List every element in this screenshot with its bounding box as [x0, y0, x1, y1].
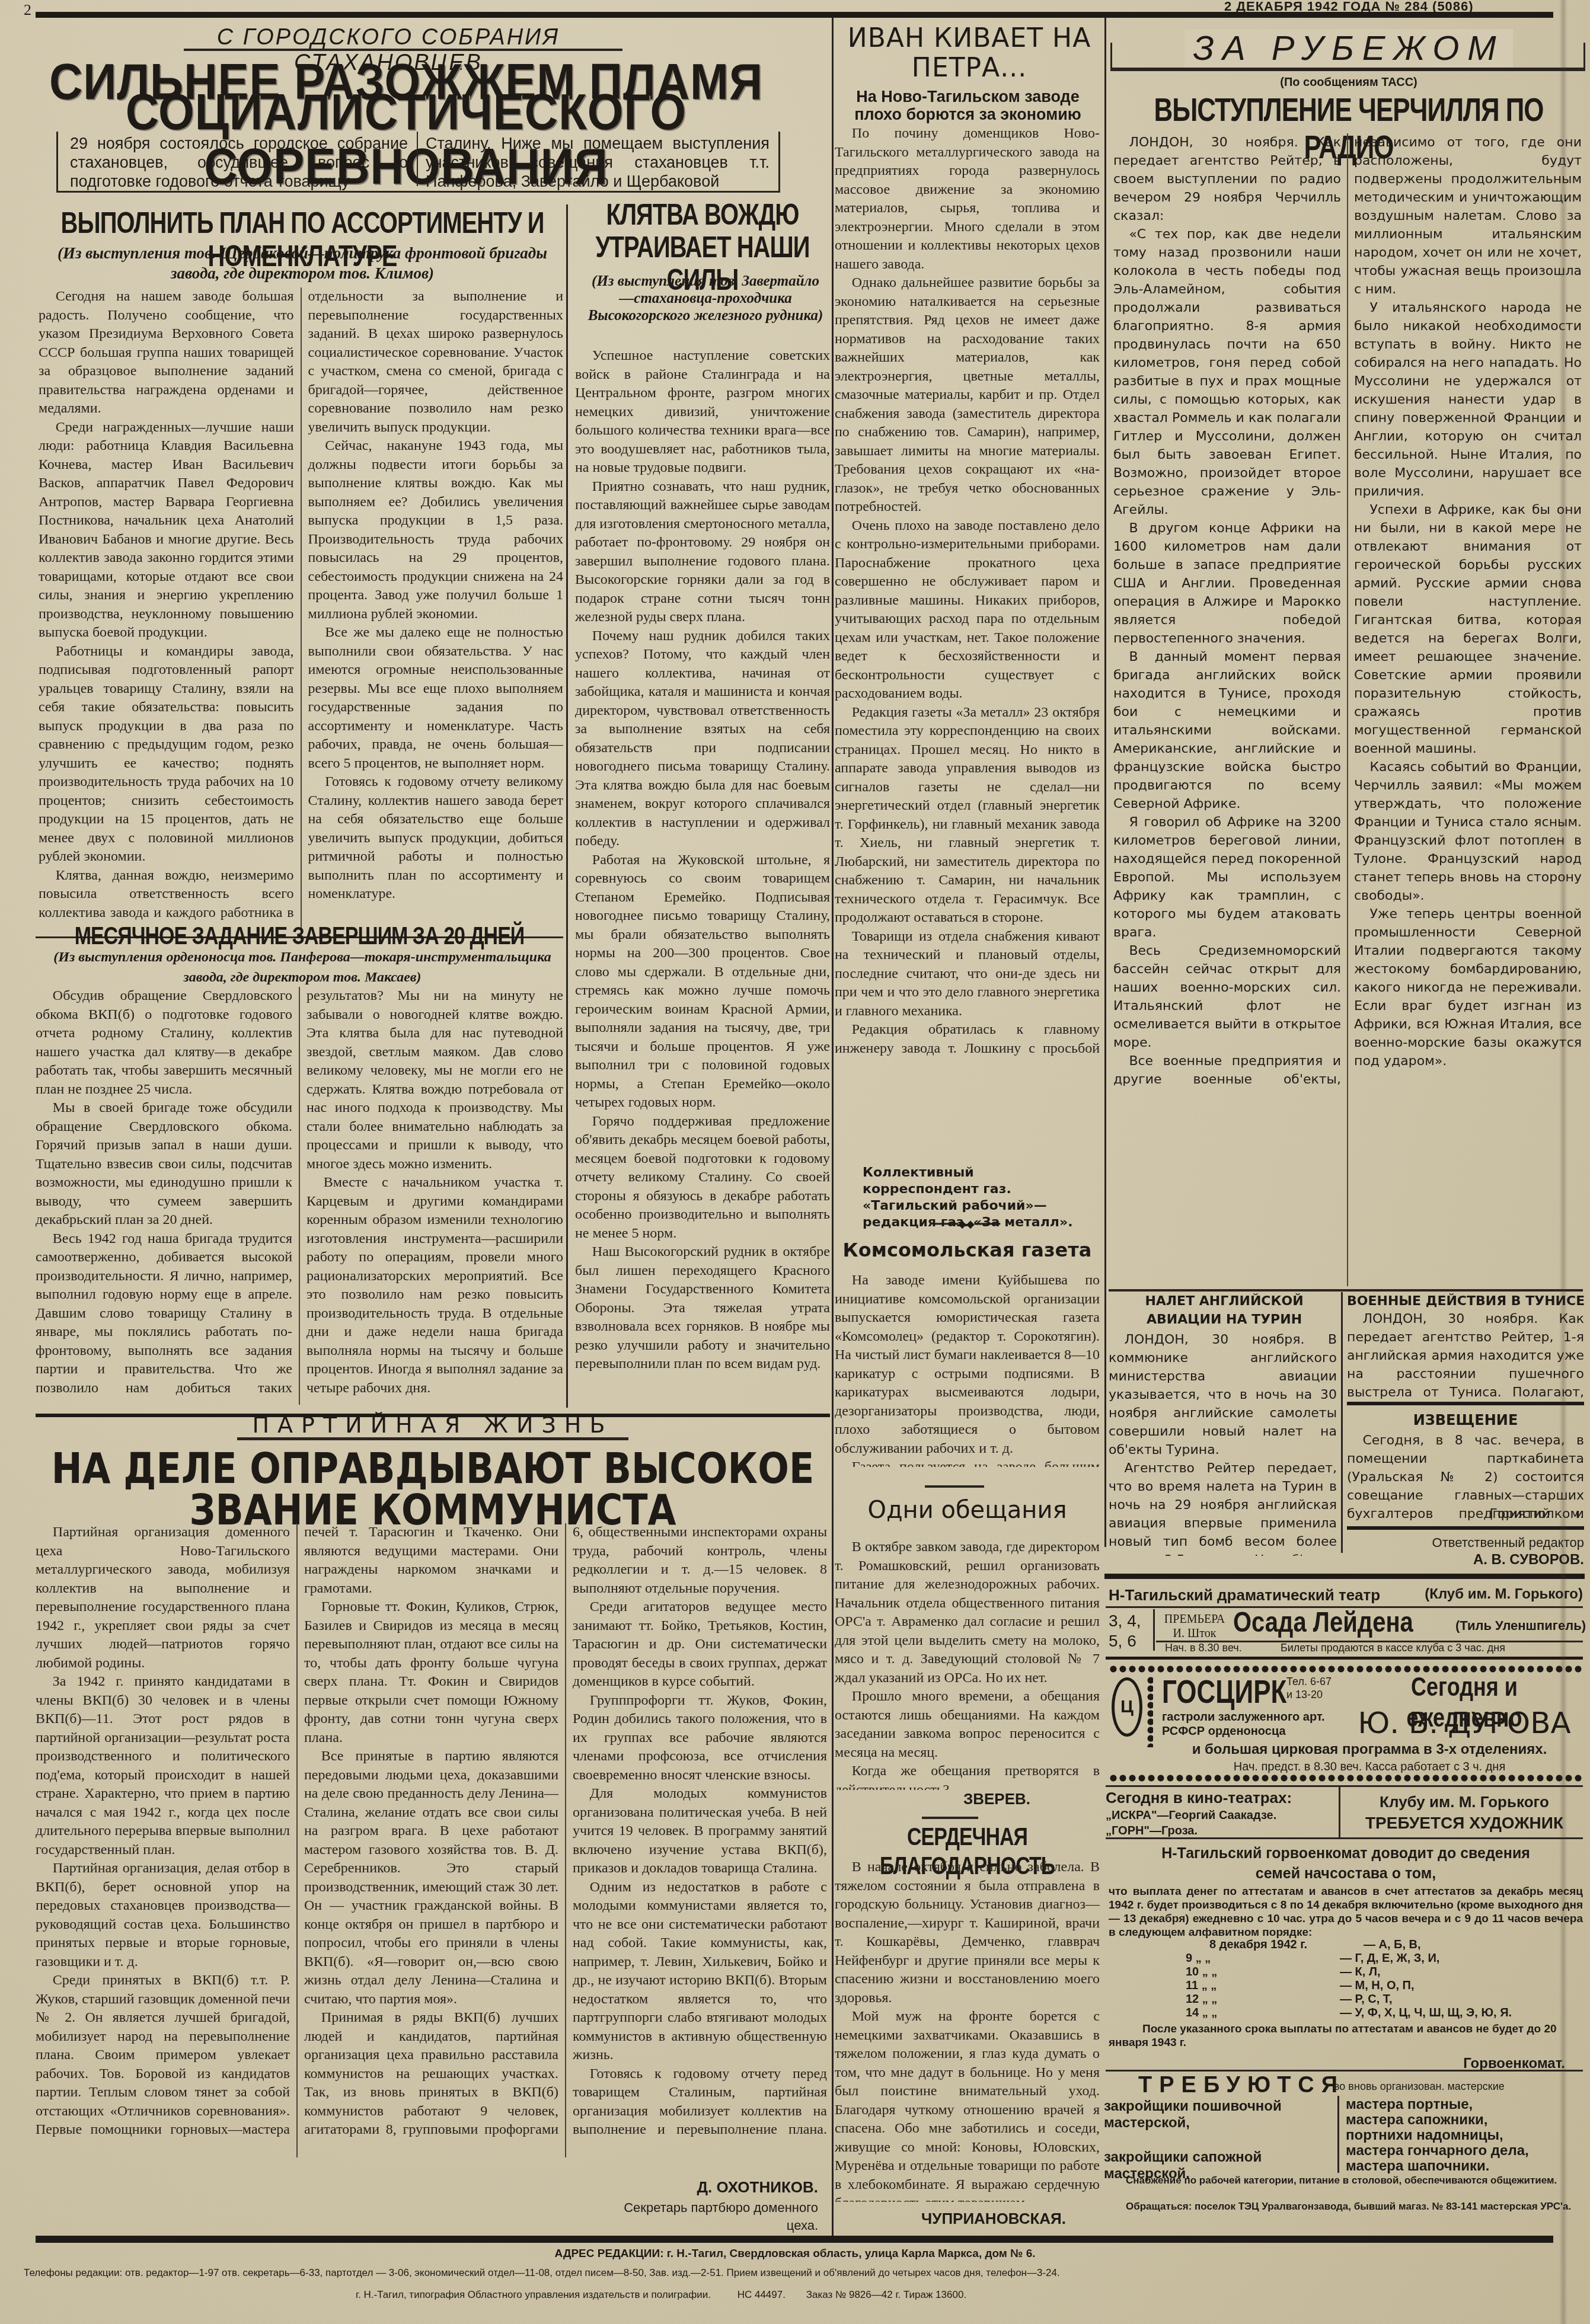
kicker-underline [237, 1437, 628, 1440]
censor-code: НС 44497. [737, 2289, 786, 2300]
article-month-body: Обсудив обращение Свердловского обкома В… [36, 987, 563, 1405]
play-author: И. Шток [1159, 1626, 1230, 1641]
ads-top-rule [1104, 1574, 1585, 1579]
paragraph: Все принятые в партию являются передовым… [304, 1747, 558, 2009]
voenkomat-footer: После указанного срока выплаты по аттест… [1109, 2022, 1583, 2050]
schedule-date: 10 „ „ [1186, 1965, 1340, 1979]
article-promises-headline: Одни обещания [835, 1497, 1100, 1524]
tunisia-body: ЛОНДОН, 30 ноября. Как передает агентств… [1347, 1310, 1584, 1399]
job-item: закройщики пошивочной мастерской, [1104, 2098, 1329, 2131]
schedule-date: 11 „ „ [1186, 1979, 1340, 1993]
voenkomat-schedule: 8 декабря 1942 г.— А, Б, В,9 „ „— Г, Д, … [1186, 1938, 1577, 2020]
article-month-headline: МЕСЯЧНОЕ ЗАДАНИЕ ЗАВЕРШИМ ЗА 20 ДНЕЙ [41, 922, 557, 951]
foreign-section-title-text: ЗА РУБЕЖОМ [1184, 29, 1512, 68]
rule [1106, 1785, 1583, 1787]
paragraph: В начале октября я сильно заболела. В тя… [835, 1858, 1100, 2007]
paragraph: Редакция газеты «За металл» 23 октября п… [835, 704, 1100, 928]
paragraph: Мой муж на фронте борется с немецкими за… [835, 2007, 1100, 2202]
job-item: мастера сапожники, [1346, 2112, 1583, 2128]
paragraph: Партийная организация доменного цеха Нов… [36, 1523, 290, 1673]
theatre-premiere-block: ПРЕМЬЕРА И. Шток [1159, 1612, 1230, 1641]
kicker-underline [184, 49, 622, 51]
job-item: мастера шапочники. [1346, 2159, 1583, 2174]
paragraph: ЛОНДОН, 30 ноября. В коммюнике английско… [1109, 1331, 1337, 1459]
theatre-header: Н-Тагильский драматический театр [1109, 1586, 1381, 1604]
article-gratitude-signature: ЧУПРИАНОВСКАЯ. [835, 2210, 1066, 2228]
job-item: портнихи надомницы, [1346, 2128, 1583, 2143]
schedule-date: 12 „ „ [1186, 1993, 1340, 2006]
schedule-letters: — Г, Д, Е, Ж, З, И, [1340, 1952, 1439, 1965]
jobs-subtitle: во вновь организован. мастерские [1334, 2080, 1583, 2093]
paragraph: Работая на Жуковской штольне, я соревную… [575, 851, 830, 1113]
schedule-letters: — К, Л, [1340, 1965, 1380, 1979]
theatre-dates: 3, 4, 5, 6 [1109, 1611, 1150, 1651]
paragraph: Горячо поддерживая предложение об'явить … [575, 1113, 830, 1243]
paragraph: Сейчас, накануне 1943 года, мы должны по… [308, 437, 564, 624]
paragraph: Готовясь к годовому отчету великому Стал… [308, 773, 564, 904]
circus-program: и большая цирковая программа в 3-х отдел… [1156, 1741, 1583, 1758]
paragraph: Обсудив обращение Свердловского обкома В… [36, 987, 292, 1099]
newspaper-page: 2 2 ДЕКАБРЯ 1942 ГОДА № 284 (5086) С ГОР… [0, 0, 1590, 2324]
paragraph: Агентство Рейтер передает, что во время … [1109, 1459, 1337, 1556]
paragraph: Успешное наступление советских войск в р… [575, 347, 830, 478]
paragraph: Я говорил об Африке на 3200 километров б… [1113, 813, 1341, 942]
divider [925, 1485, 984, 1488]
paragraph: Сегодня на нашем заводе большая радость.… [39, 287, 294, 418]
article-komsomol-headline: Комсомольская газета [835, 1239, 1100, 1261]
voenkomat-header-line2: семей начсостава о том, [1109, 1863, 1583, 1884]
job-item: мастера портные, [1346, 2097, 1583, 2112]
party-life-signature-role: Секретарь партбюро доменного цеха. [593, 2199, 818, 2235]
paragraph: Групппрофорги тт. Жуков, Фокин, Родин до… [573, 1692, 827, 1785]
paragraph: Работницы и командиры завода, подписывая… [39, 642, 294, 867]
article-gratitude-body: В начале октября я сильно заболела. В тя… [835, 1858, 1100, 2202]
theatre-tickets: Билеты продаются в кассе клуба с 3 час. … [1281, 1642, 1505, 1654]
article-kivaet-subhead: На Ново-Тагильском заводе плохо борются … [833, 88, 1103, 123]
printer-text: г. Н.-Тагил, типография Областного управ… [356, 2289, 711, 2300]
schedule-row: 12 „ „— Р, С, Т, [1186, 1993, 1577, 2006]
turin-body: ЛОНДОН, 30 ноября. В коммюнике английско… [1109, 1331, 1337, 1556]
schedule-row: 11 „ „— М, Н, О, П, [1186, 1979, 1577, 1993]
schedule-letters: — А, Б, В, [1364, 1938, 1421, 1952]
dateline: 2 ДЕКАБРЯ 1942 ГОДА № 284 (5086) [1224, 0, 1474, 14]
section-rule [1347, 1526, 1584, 1530]
theatre-venue: (Клуб им. М. Горького) [1387, 1586, 1583, 1603]
paragraph: ЛОНДОН, 30 ноября. Как передает агентств… [1113, 133, 1341, 225]
schedule-letters: — Р, С, Т, [1340, 1993, 1393, 2006]
rule [1106, 1837, 1583, 1839]
column-rule [566, 204, 568, 1408]
lead-intro-col2: Сталину. Ниже мы помещаем выступления уч… [426, 134, 770, 191]
paragraph: В октябре завком завода, где директором … [835, 1538, 1100, 1687]
article-kivaet-headline: ИВАН КИВАЕТ НА ПЕТРА... [836, 24, 1103, 83]
lead-intro-box: 29 ноября состоялось городское собрание … [56, 132, 780, 193]
paragraph: Газета пользуется на заводе большим авто… [835, 1458, 1100, 1467]
dotted-border [1109, 1773, 1583, 1783]
column-rule [1341, 1292, 1343, 1553]
footer-address: АДРЕС РЕДАКЦИИ: г. Н.-Тагил, Свердловска… [0, 2248, 1590, 2261]
paragraph: Редакция обратилась к главному инженеру … [835, 1021, 1100, 1064]
party-life-signature: Д. ОХОТНИКОВ. [581, 2178, 818, 2197]
column-rule [1104, 18, 1106, 1547]
cinema-item: „ГОРН"—Гроза. [1106, 1823, 1331, 1839]
article-oath-subhead: (Из выступления тов. Завертайло—стаханов… [587, 273, 824, 324]
jobs-contact: Обращаться: поселок ТЭЦ Уралвагонзавода,… [1106, 2200, 1583, 2213]
party-life-body: Партийная организация доменного цеха Нов… [36, 1523, 827, 2157]
paragraph: Товарищи из отдела снабжения кивают на т… [835, 928, 1100, 1021]
paragraph: Партийная организация, делая отбор в ВКП… [36, 1859, 290, 1971]
article-komsomol-body: На заводе имени Куйбышева по инициативе … [835, 1271, 1100, 1467]
rule [1106, 2070, 1583, 2072]
schedule-row: 14 „ „— У, Ф, Х, Ц, Ч, Ш, Щ, Э, Ю, Я. [1186, 2006, 1577, 2020]
paragraph: Наш Высокогорский рудник в октябре был л… [575, 1243, 830, 1374]
paragraph: На заводе имени Куйбышева по инициативе … [835, 1271, 1100, 1458]
jobs-supply: Снабжение по рабочей категории, питание … [1106, 2174, 1583, 2186]
club-wanted-line2: ТРЕБУЕТСЯ ХУДОЖНИК [1346, 1814, 1583, 1833]
footer-rule [36, 2236, 1553, 2243]
voenkomat-header-line1: Н-Тагильский горвоенкомат доводит до све… [1109, 1843, 1583, 1863]
lead-intro-col1: 29 ноября состоялось городское собрание … [70, 134, 408, 191]
paragraph: Среди агитаторов ведущее место занимают … [573, 1598, 827, 1692]
rule [1339, 1787, 1340, 1837]
column-rule [832, 18, 834, 2237]
schedule-row: 10 „ „— К, Л, [1186, 1965, 1577, 1979]
jobs-right-list: мастера портные, мастера сапожники, порт… [1346, 2097, 1583, 2174]
premiere-label: ПРЕМЬЕРА [1159, 1612, 1230, 1626]
play-title: Осада Лейдена [1233, 1607, 1435, 1639]
circus-name: ГОСЦИРК [1162, 1674, 1286, 1711]
cinema-list: „ИСКРА"—Георгий Саакадзе. „ГОРН"—Гроза. [1106, 1808, 1331, 1839]
paragraph: В другом конце Африки на 1600 километров… [1113, 519, 1341, 648]
paragraph: В данный момент первая бригада английски… [1113, 648, 1341, 813]
paragraph: Мы в своей бригаде тоже обсудили обращен… [36, 1099, 292, 1230]
paragraph: Вместе с начальником участка т. Карцевым… [306, 1174, 563, 1398]
circus-schedule: Нач. предст. в 8.30 веч. Касса работает … [1156, 1760, 1583, 1774]
paragraph: Касаясь событий во Франции, Черчилль зая… [1354, 758, 1582, 905]
foreign-section-title: ЗА РУБЕЖОМ [1115, 28, 1583, 68]
voenkomat-header: Н-Тагильский горвоенкомат доводит до све… [1109, 1843, 1583, 1884]
order-number: Заказ № 9826—42 г. Тираж 13600. [806, 2289, 966, 2300]
section-rule [1347, 1402, 1584, 1405]
editor-name: А. В. СУВОРОВ. [1347, 1552, 1584, 1568]
footer-printer: г. Н.-Тагил, типография Областного управ… [356, 2289, 966, 2301]
editor-label: Ответственный редактор [1347, 1535, 1584, 1551]
tunisia-headline: ВОЕННЫЕ ДЕЙСТВИЯ В ТУНИСЕ [1347, 1292, 1584, 1310]
circus-performer: Ю. В. ДУРОВА [1346, 1706, 1583, 1740]
voenkomat-body: что выплата денег по аттестатам и авансо… [1109, 1885, 1583, 1939]
paragraph: Приятно сознавать, что наш рудник, поста… [575, 478, 830, 627]
club-wanted-line1: Клубу им. М. Горького [1346, 1793, 1583, 1811]
churchill-body: ЛОНДОН, 30 ноября. Как передает агентств… [1113, 133, 1582, 1286]
divider [922, 1817, 978, 1819]
paragraph: Для молодых коммунистов организована пол… [573, 1785, 827, 1878]
job-item: мастера гончарного дела, [1346, 2143, 1583, 2159]
paragraph: Очень плохо на заводе поставлено дело с … [835, 517, 1100, 704]
paragraph: Однако дальнейшее развитие борьбы за эко… [835, 274, 1100, 517]
jobs-title: ТРЕБУЮТСЯ [1138, 2073, 1345, 2098]
intro-divider [417, 132, 418, 186]
paragraph: Когда же обещания претворятся в действит… [835, 1762, 1100, 1790]
page-crease [1559, 0, 1567, 2324]
schedule-letters: — М, Н, О, П, [1340, 1979, 1415, 1993]
foreign-source: (По сообщениям ТАСС) [1115, 76, 1583, 89]
article-assortment-body: Сегодня на нашем заводе большая радость.… [39, 287, 563, 939]
paragraph: За 1942 г. принято кандидатами в члены В… [36, 1673, 290, 1859]
paragraph: ЛОНДОН, 30 ноября. Как передает агентств… [1347, 1310, 1584, 1399]
article-promises-body: В октябре завком завода, где директором … [835, 1538, 1100, 1790]
jobs-left-list: закройщики пошивочной мастерской, закрой… [1104, 2098, 1329, 2182]
article-month-subhead: (Из выступления орденоносца тов. Панферо… [47, 947, 557, 987]
paragraph: Прошло много времени, а обещания остаютс… [835, 1687, 1100, 1762]
circus-phone: Тел. 6-67 и 13-20 [1286, 1675, 1334, 1701]
paragraph: Успехи в Африке, как бы они ни были, ни … [1354, 501, 1582, 758]
paragraph: «С тех пор, как две недели тому назад пр… [1113, 225, 1341, 519]
footer-phones: Телефоны редакции: отв. редактор—1-97 от… [24, 2267, 1577, 2279]
paragraph: Все же мы далеко еще не полностью выполн… [308, 624, 564, 773]
article-promises-signature: ЗВЕРЕВ. [835, 1790, 1030, 1808]
rule [1337, 2096, 1339, 2173]
schedule-row: 8 декабря 1942 г.— А, Б, В, [1186, 1938, 1577, 1952]
cinema-item: „ИСКРА"—Георгий Саакадзе. [1106, 1808, 1331, 1823]
theatre-start-time: Нач. в 8.30 веч. [1165, 1642, 1242, 1654]
turin-headline: НАЛЕТ АНГЛИЙСКОЙ АВИАЦИИ НА ТУРИН [1109, 1292, 1340, 1329]
paragraph: По почину доменщиков Ново-Тагильского ме… [835, 124, 1100, 274]
article-oath-body: Успешное наступление советских войск в р… [575, 347, 830, 1408]
rule [1153, 1609, 1155, 1651]
circus-tour-text: гастроли заслуженного арт. РСФСР орденон… [1162, 1710, 1340, 1738]
notice-title: ИЗВЕЩЕНИЕ [1347, 1412, 1584, 1428]
schedule-date: 9 „ „ [1186, 1952, 1340, 1965]
schedule-date: 14 „ „ [1186, 2006, 1340, 2020]
paragraph: Уже теперь центры военной промышленности… [1354, 905, 1582, 1070]
article-assortment-subhead: (Из выступления тов. Щербаковой—политрук… [53, 243, 551, 283]
paragraph: Среди награжденных—лучшие наши люди: раб… [39, 418, 294, 642]
article-kivaet-body: По почину доменщиков Ново-Тагильского ме… [835, 124, 1100, 1064]
paragraph: Почему наш рудник добился таких успехов?… [575, 627, 830, 851]
paragraph: Горновые тт. Фокин, Куликов, Стрюк, Бази… [304, 1598, 558, 1747]
section-rule [1109, 1289, 1583, 1292]
circus-logo-icon: Ц [1112, 1677, 1142, 1737]
rule [1106, 1657, 1583, 1660]
paragraph: У итальянского народа не было никакой не… [1354, 299, 1582, 501]
paragraph: Одним из недостатков в работе с молодыми… [573, 1878, 827, 2065]
paragraph: Весь Средиземноморский бассейн сейчас от… [1113, 942, 1341, 1052]
schedule-date: 8 декабря 1942 г. [1186, 1938, 1364, 1952]
cinema-title: Сегодня в кино-театрах: [1106, 1789, 1331, 1807]
ornament-divider: ━━━━◆◆━━━━ [907, 1218, 1026, 1230]
notice-signature: Горисполком. [1347, 1507, 1584, 1521]
schedule-row: 9 „ „— Г, Д, Е, Ж, З, И, [1186, 1952, 1577, 1965]
schedule-letters: — У, Ф, Х, Ц, Ч, Ш, Щ, Э, Ю, Я. [1340, 2006, 1512, 2020]
party-life-kicker: ПАРТИЙНАЯ ЖИЗНЬ [225, 1412, 640, 1438]
dotted-border [1147, 1676, 1153, 1747]
page-number: 2 [24, 1, 31, 19]
